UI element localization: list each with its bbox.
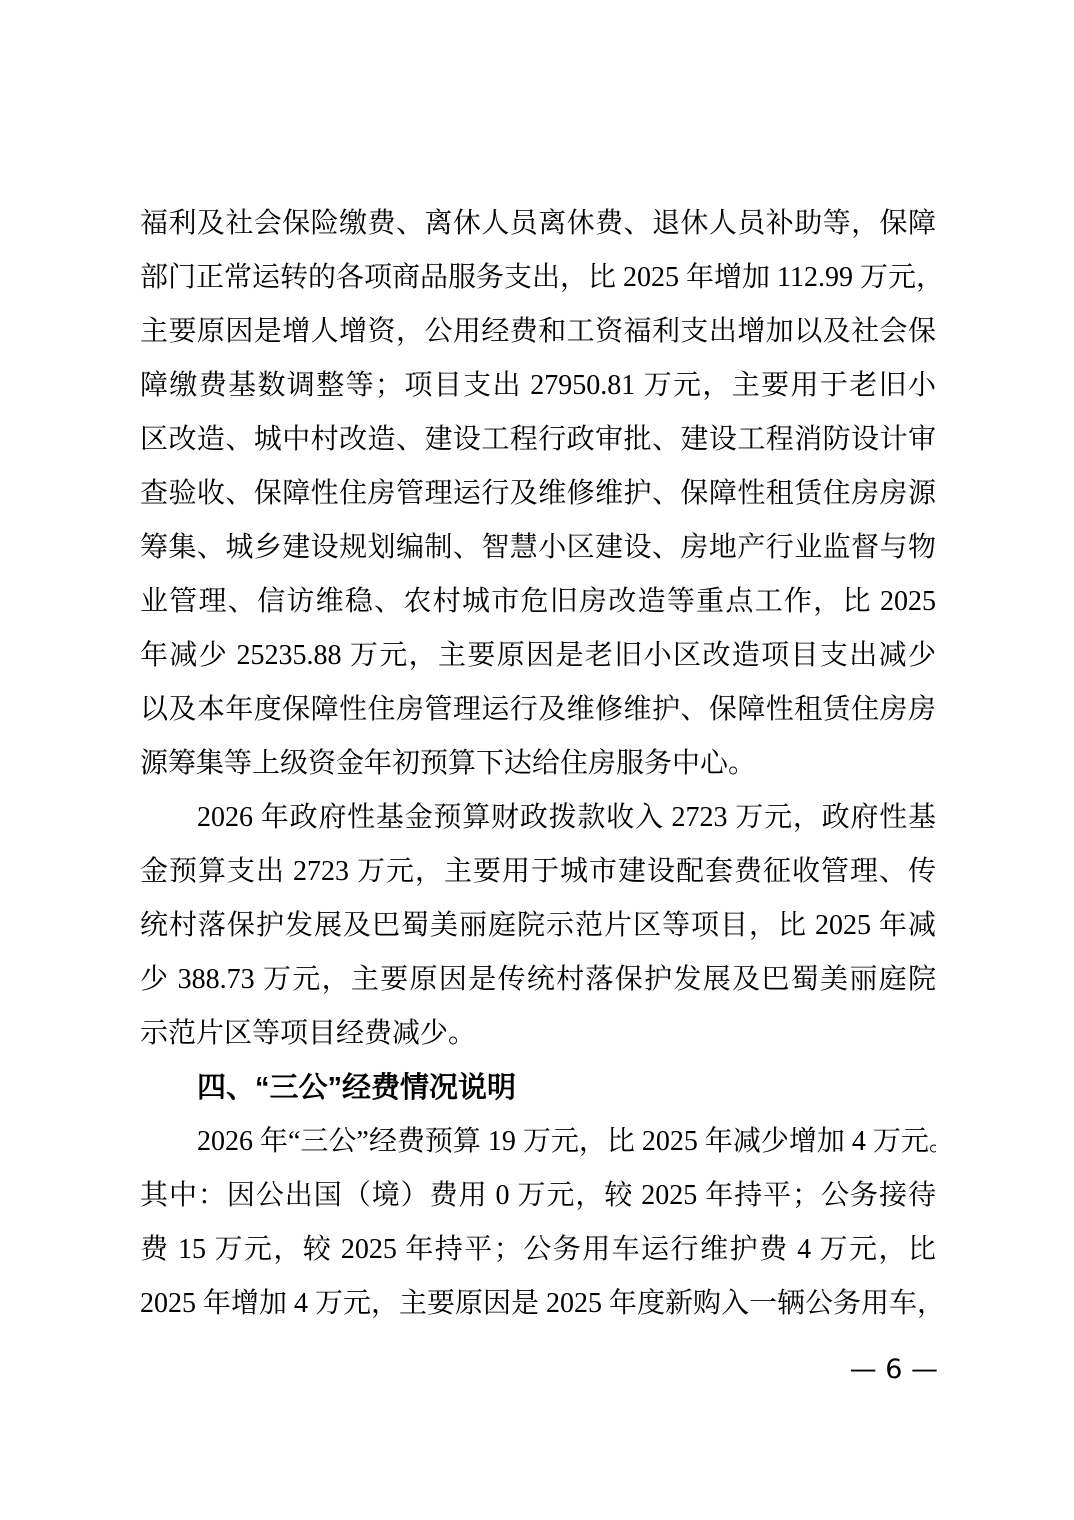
- paragraph-line: 2026 年政府性基金预算财政拨款收入 2723 万元，政府性基: [140, 791, 936, 845]
- paragraph-line: 示范片区等项目经费减少。: [140, 1007, 936, 1061]
- paragraph-line: 筹集、城乡建设规划编制、智慧小区建设、房地产行业监督与物: [140, 521, 936, 575]
- paragraph-line: 统村落保护发展及巴蜀美丽庭院示范片区等项目，比 2025 年减: [140, 899, 936, 953]
- section-heading: 四、“三公”经费情况说明: [140, 1061, 936, 1115]
- paragraph-line: 费 15 万元，较 2025 年持平；公务用车运行维护费 4 万元，比: [140, 1223, 936, 1277]
- paragraph-line: 2025 年增加 4 万元，主要原因是 2025 年度新购入一辆公务用车，: [140, 1277, 936, 1331]
- paragraph-line: 2026 年“三公”经费预算 19 万元，比 2025 年减少增加 4 万元。: [140, 1115, 936, 1169]
- document-page: 福利及社会保险缴费、离休人员离休费、退休人员补助等，保障 部门正常运转的各项商品…: [0, 0, 1074, 1520]
- paragraph-line: 少 388.73 万元，主要原因是传统村落保护发展及巴蜀美丽庭院: [140, 953, 936, 1007]
- document-body-text: 福利及社会保险缴费、离休人员离休费、退休人员补助等，保障 部门正常运转的各项商品…: [140, 197, 936, 1331]
- paragraph-line: 业管理、信访维稳、农村城市危旧房改造等重点工作，比 2025: [140, 575, 936, 629]
- paragraph-line: 年减少 25235.88 万元，主要原因是老旧小区改造项目支出减少: [140, 629, 936, 683]
- page-number: — 6 —: [850, 1352, 938, 1388]
- paragraph-line: 区改造、城中村改造、建设工程行政审批、建设工程消防设计审: [140, 413, 936, 467]
- paragraph-line: 障缴费基数调整等；项目支出 27950.81 万元，主要用于老旧小: [140, 359, 936, 413]
- paragraph-line: 其中：因公出国（境）费用 0 万元，较 2025 年持平；公务接待: [140, 1169, 936, 1223]
- paragraph-line: 查验收、保障性住房管理运行及维修维护、保障性租赁住房房源: [140, 467, 936, 521]
- paragraph-line: 以及本年度保障性住房管理运行及维修维护、保障性租赁住房房: [140, 683, 936, 737]
- paragraph-line: 部门正常运转的各项商品服务支出，比 2025 年增加 112.99 万元，: [140, 251, 936, 305]
- paragraph-line: 金预算支出 2723 万元，主要用于城市建设配套费征收管理、传: [140, 845, 936, 899]
- paragraph-line: 福利及社会保险缴费、离休人员离休费、退休人员补助等，保障: [140, 197, 936, 251]
- paragraph-line: 主要原因是增人增资，公用经费和工资福利支出增加以及社会保: [140, 305, 936, 359]
- paragraph-line: 源筹集等上级资金年初预算下达给住房服务中心。: [140, 737, 936, 791]
